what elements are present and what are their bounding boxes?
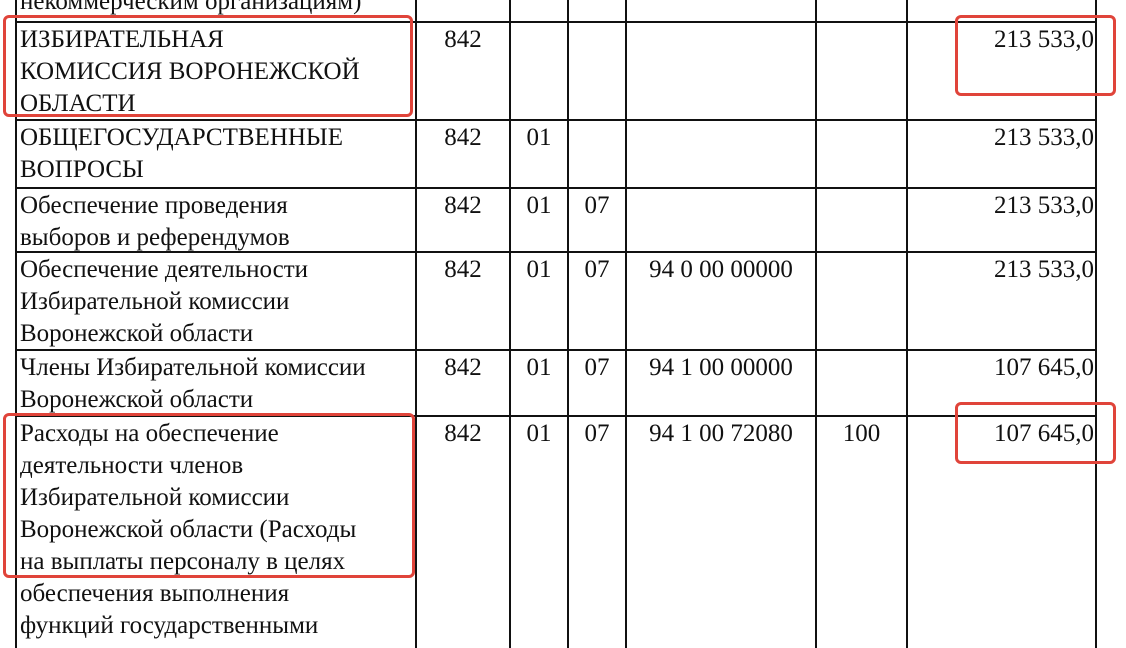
- column-divider: [509, 0, 511, 648]
- column-divider: [815, 0, 817, 648]
- row-sum: 213 533,0: [908, 190, 1094, 222]
- column-divider: [906, 0, 908, 648]
- row-pr: 07: [569, 352, 625, 384]
- row-ved: 842: [417, 352, 509, 384]
- row-name: Обеспечение проведения выборов и референ…: [20, 190, 412, 254]
- table-border-right: [1095, 0, 1097, 648]
- row-ved: 842: [417, 190, 509, 222]
- row-rz: 01: [511, 418, 567, 450]
- row-ved: 842: [417, 122, 509, 154]
- highlight-box: [955, 15, 1116, 96]
- column-divider: [415, 0, 417, 648]
- row-csr: 94 1 00 72080: [627, 418, 815, 450]
- column-divider: [567, 0, 569, 648]
- row-csr: 94 0 00 00000: [627, 254, 815, 286]
- row-divider: [16, 187, 1097, 189]
- row-pr: 07: [569, 254, 625, 286]
- row-sum: 213 533,0: [908, 254, 1094, 286]
- row-rz: 01: [511, 190, 567, 222]
- row-rz: 01: [511, 352, 567, 384]
- highlight-box: [955, 402, 1116, 464]
- row-ved: 842: [417, 418, 509, 450]
- row-ved: 842: [417, 24, 509, 56]
- row-rz: 01: [511, 122, 567, 154]
- budget-table: некоммерческим организациям) ИЗБИРАТЕЛЬН…: [0, 0, 1126, 648]
- row-ved: 842: [417, 254, 509, 286]
- row-sum: 107 645,0: [908, 352, 1094, 384]
- row-pr: 07: [569, 418, 625, 450]
- highlight-box: [3, 413, 415, 578]
- highlight-box: [3, 15, 413, 117]
- row-csr: 94 1 00 00000: [627, 352, 815, 384]
- row-rz: 01: [511, 254, 567, 286]
- column-divider: [625, 0, 627, 648]
- row-name: Члены Избирательной комиссии Воронежской…: [20, 352, 412, 416]
- row-vr: 100: [817, 418, 906, 450]
- row-name: ОБЩЕГОСУДАРСТВЕННЫЕ ВОПРОСЫ: [20, 122, 412, 186]
- row-sum: 213 533,0: [908, 122, 1094, 154]
- row-name: Обеспечение деятельности Избирательной к…: [20, 254, 412, 350]
- row-pr: 07: [569, 190, 625, 222]
